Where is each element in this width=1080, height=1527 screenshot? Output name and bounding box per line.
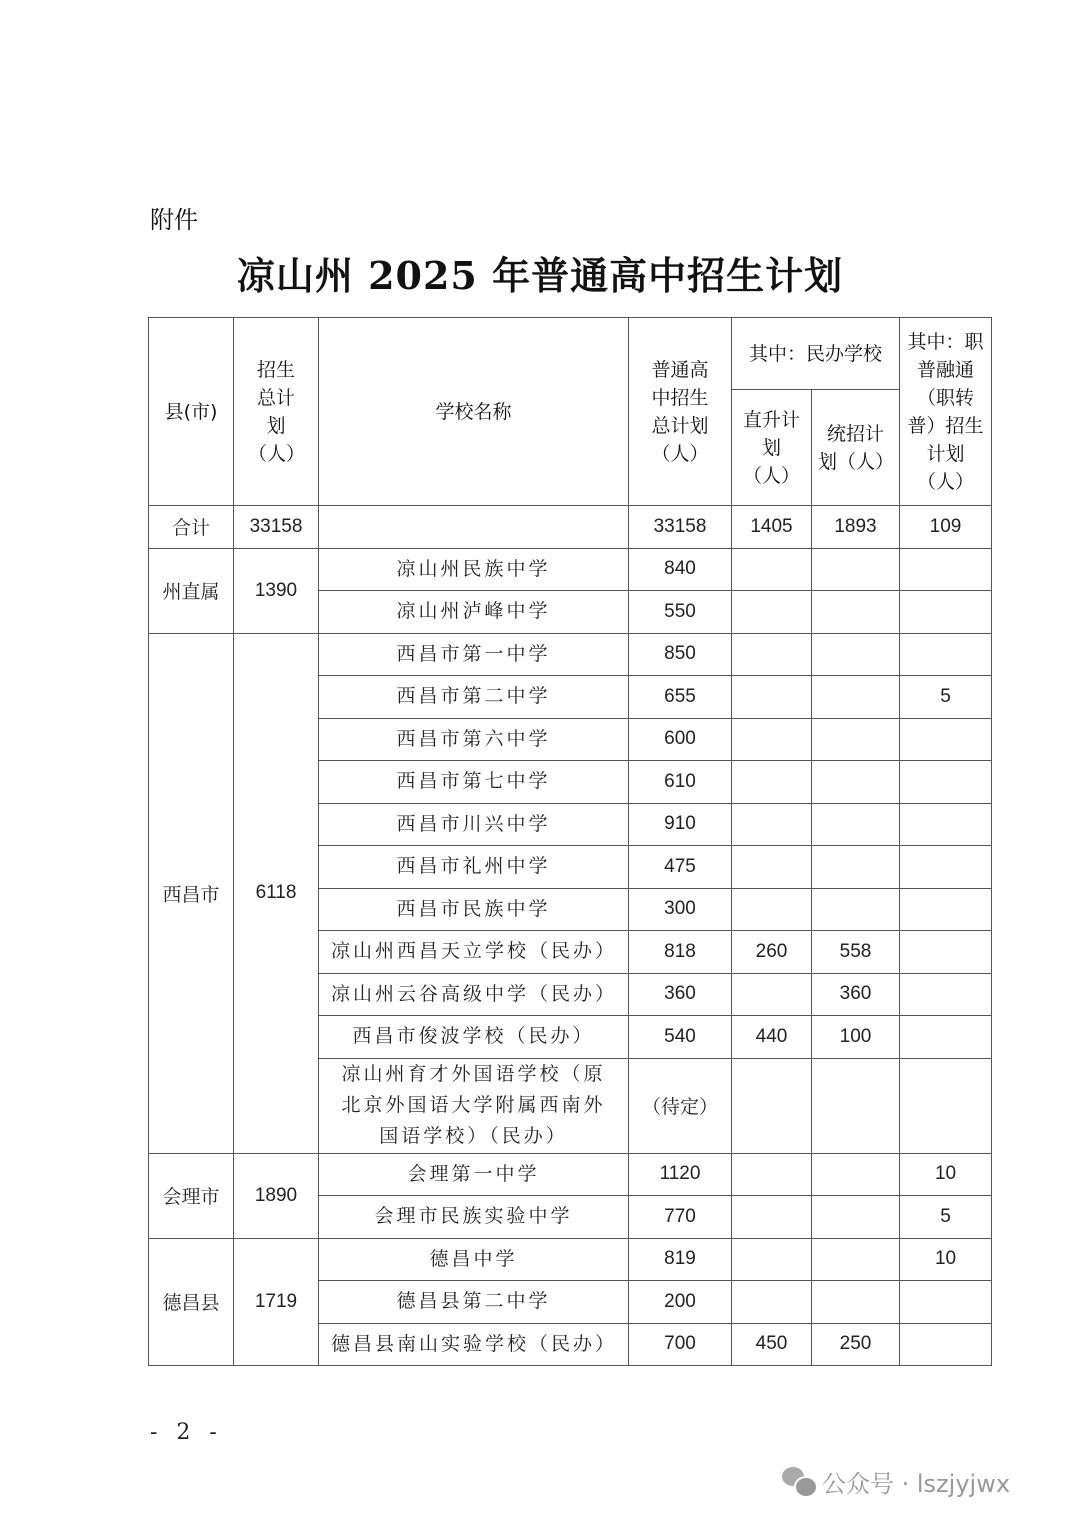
total-direct: 1405 xyxy=(732,506,812,549)
direct-plan xyxy=(732,761,812,804)
direct-plan xyxy=(732,888,812,931)
vocational-plan xyxy=(900,973,992,1016)
general-total: 819 xyxy=(629,1238,732,1281)
watermark-text: 公众号 · lszjyjwx xyxy=(822,1464,1010,1499)
school-name: 会理第一中学 xyxy=(319,1153,629,1196)
vocational-plan xyxy=(900,718,992,761)
school-name: 西昌市礼州中学 xyxy=(319,846,629,889)
county-total-plan: 1390 xyxy=(234,548,319,633)
total-unified: 1893 xyxy=(812,506,900,549)
header-private-group: 其中：民办学校 xyxy=(732,318,900,390)
unified-plan: 558 xyxy=(812,931,900,974)
vocational-plan xyxy=(900,888,992,931)
vocational-plan: 5 xyxy=(900,1196,992,1239)
total-row: 合计 33158 33158 1405 1893 109 xyxy=(149,506,992,549)
unified-plan xyxy=(812,761,900,804)
vocational-plan xyxy=(900,1058,992,1153)
table-row: 会理市1890会理第一中学112010 xyxy=(149,1153,992,1196)
unified-plan xyxy=(812,1196,900,1239)
vocational-plan xyxy=(900,633,992,676)
header-county: 县(市) xyxy=(149,318,234,506)
school-name: 德昌县南山实验学校（民办） xyxy=(319,1323,629,1366)
school-name: 会理市民族实验中学 xyxy=(319,1196,629,1239)
school-name: 凉山州云谷高级中学（民办） xyxy=(319,973,629,1016)
school-name: 西昌市俊波学校（民办） xyxy=(319,1016,629,1059)
unified-plan: 360 xyxy=(812,973,900,1016)
vocational-plan: 10 xyxy=(900,1153,992,1196)
unified-plan xyxy=(812,633,900,676)
school-name: 凉山州泸峰中学 xyxy=(319,591,629,634)
county-total-plan: 1719 xyxy=(234,1238,319,1366)
direct-plan xyxy=(732,718,812,761)
direct-plan xyxy=(732,633,812,676)
enrollment-plan-table: 县(市) 招生总计划（人） 学校名称 普通高中招生总计划（人） 其中：民办学校 … xyxy=(148,317,992,1366)
direct-plan: 440 xyxy=(732,1016,812,1059)
county-cell: 德昌县 xyxy=(149,1238,234,1366)
unified-plan: 250 xyxy=(812,1323,900,1366)
page-number: - 2 - xyxy=(150,1420,223,1445)
general-total: 910 xyxy=(629,803,732,846)
school-name: 西昌市第七中学 xyxy=(319,761,629,804)
general-total: 818 xyxy=(629,931,732,974)
direct-plan xyxy=(732,973,812,1016)
school-name: 西昌市第二中学 xyxy=(319,676,629,719)
watermark: 公众号 · lszjyjwx xyxy=(782,1464,1010,1499)
unified-plan xyxy=(812,803,900,846)
vocational-plan xyxy=(900,1323,992,1366)
direct-plan xyxy=(732,591,812,634)
unified-plan xyxy=(812,718,900,761)
header-general-total: 普通高中招生总计划（人） xyxy=(629,318,732,506)
page-title: 凉山州 2025 年普通高中招生计划 xyxy=(0,245,1080,300)
general-total: 770 xyxy=(629,1196,732,1239)
direct-plan xyxy=(732,1238,812,1281)
unified-plan xyxy=(812,1281,900,1324)
header-unified: 统招计划（人） xyxy=(812,390,900,506)
direct-plan xyxy=(732,548,812,591)
general-total: 850 xyxy=(629,633,732,676)
table-row: 德昌县1719德昌中学81910 xyxy=(149,1238,992,1281)
school-name: 德昌县第二中学 xyxy=(319,1281,629,1324)
county-cell: 州直属 xyxy=(149,548,234,633)
school-name: 西昌市第六中学 xyxy=(319,718,629,761)
unified-plan xyxy=(812,591,900,634)
general-total: 700 xyxy=(629,1323,732,1366)
general-total: 360 xyxy=(629,973,732,1016)
general-total: 610 xyxy=(629,761,732,804)
header-school-name: 学校名称 xyxy=(319,318,629,506)
total-general: 33158 xyxy=(629,506,732,549)
general-total: 1120 xyxy=(629,1153,732,1196)
total-vocational: 109 xyxy=(900,506,992,549)
vocational-plan: 10 xyxy=(900,1238,992,1281)
wechat-icon xyxy=(782,1467,816,1497)
school-name: 西昌市民族中学 xyxy=(319,888,629,931)
total-school-name xyxy=(319,506,629,549)
total-plan: 33158 xyxy=(234,506,319,549)
unified-plan xyxy=(812,676,900,719)
direct-plan xyxy=(732,846,812,889)
county-cell: 西昌市 xyxy=(149,633,234,1153)
direct-plan xyxy=(732,676,812,719)
vocational-plan: 5 xyxy=(900,676,992,719)
vocational-plan xyxy=(900,803,992,846)
county-total-plan: 6118 xyxy=(234,633,319,1153)
vocational-plan xyxy=(900,931,992,974)
general-total: 540 xyxy=(629,1016,732,1059)
unified-plan xyxy=(812,888,900,931)
direct-plan xyxy=(732,1196,812,1239)
header-vocational: 其中：职普融通（职转普）招生计划（人） xyxy=(900,318,992,506)
school-name: 凉山州育才外国语学校（原北京外国语大学附属西南外国语学校）（民办） xyxy=(319,1058,629,1153)
direct-plan xyxy=(732,1058,812,1153)
vocational-plan xyxy=(900,846,992,889)
table-row: 州直属1390凉山州民族中学840 xyxy=(149,548,992,591)
county-total-plan: 1890 xyxy=(234,1153,319,1238)
unified-plan xyxy=(812,548,900,591)
general-total: 655 xyxy=(629,676,732,719)
unified-plan xyxy=(812,1058,900,1153)
unified-plan: 100 xyxy=(812,1016,900,1059)
unified-plan xyxy=(812,1153,900,1196)
general-total: 600 xyxy=(629,718,732,761)
header-total-plan: 招生总计划（人） xyxy=(234,318,319,506)
total-label: 合计 xyxy=(149,506,234,549)
direct-plan xyxy=(732,1153,812,1196)
school-name: 西昌市川兴中学 xyxy=(319,803,629,846)
direct-plan: 260 xyxy=(732,931,812,974)
general-total: （待定） xyxy=(629,1058,732,1153)
school-name: 凉山州西昌天立学校（民办） xyxy=(319,931,629,974)
vocational-plan xyxy=(900,1016,992,1059)
school-name: 德昌中学 xyxy=(319,1238,629,1281)
vocational-plan xyxy=(900,1281,992,1324)
annex-label: 附件 xyxy=(150,200,198,235)
general-total: 840 xyxy=(629,548,732,591)
county-cell: 会理市 xyxy=(149,1153,234,1238)
vocational-plan xyxy=(900,548,992,591)
school-name: 凉山州民族中学 xyxy=(319,548,629,591)
unified-plan xyxy=(812,1238,900,1281)
school-name: 西昌市第一中学 xyxy=(319,633,629,676)
general-total: 475 xyxy=(629,846,732,889)
direct-plan xyxy=(732,1281,812,1324)
direct-plan xyxy=(732,803,812,846)
table-row: 西昌市6118西昌市第一中学850 xyxy=(149,633,992,676)
general-total: 300 xyxy=(629,888,732,931)
vocational-plan xyxy=(900,591,992,634)
general-total: 550 xyxy=(629,591,732,634)
direct-plan: 450 xyxy=(732,1323,812,1366)
header-direct: 直升计划（人） xyxy=(732,390,812,506)
unified-plan xyxy=(812,846,900,889)
vocational-plan xyxy=(900,761,992,804)
general-total: 200 xyxy=(629,1281,732,1324)
